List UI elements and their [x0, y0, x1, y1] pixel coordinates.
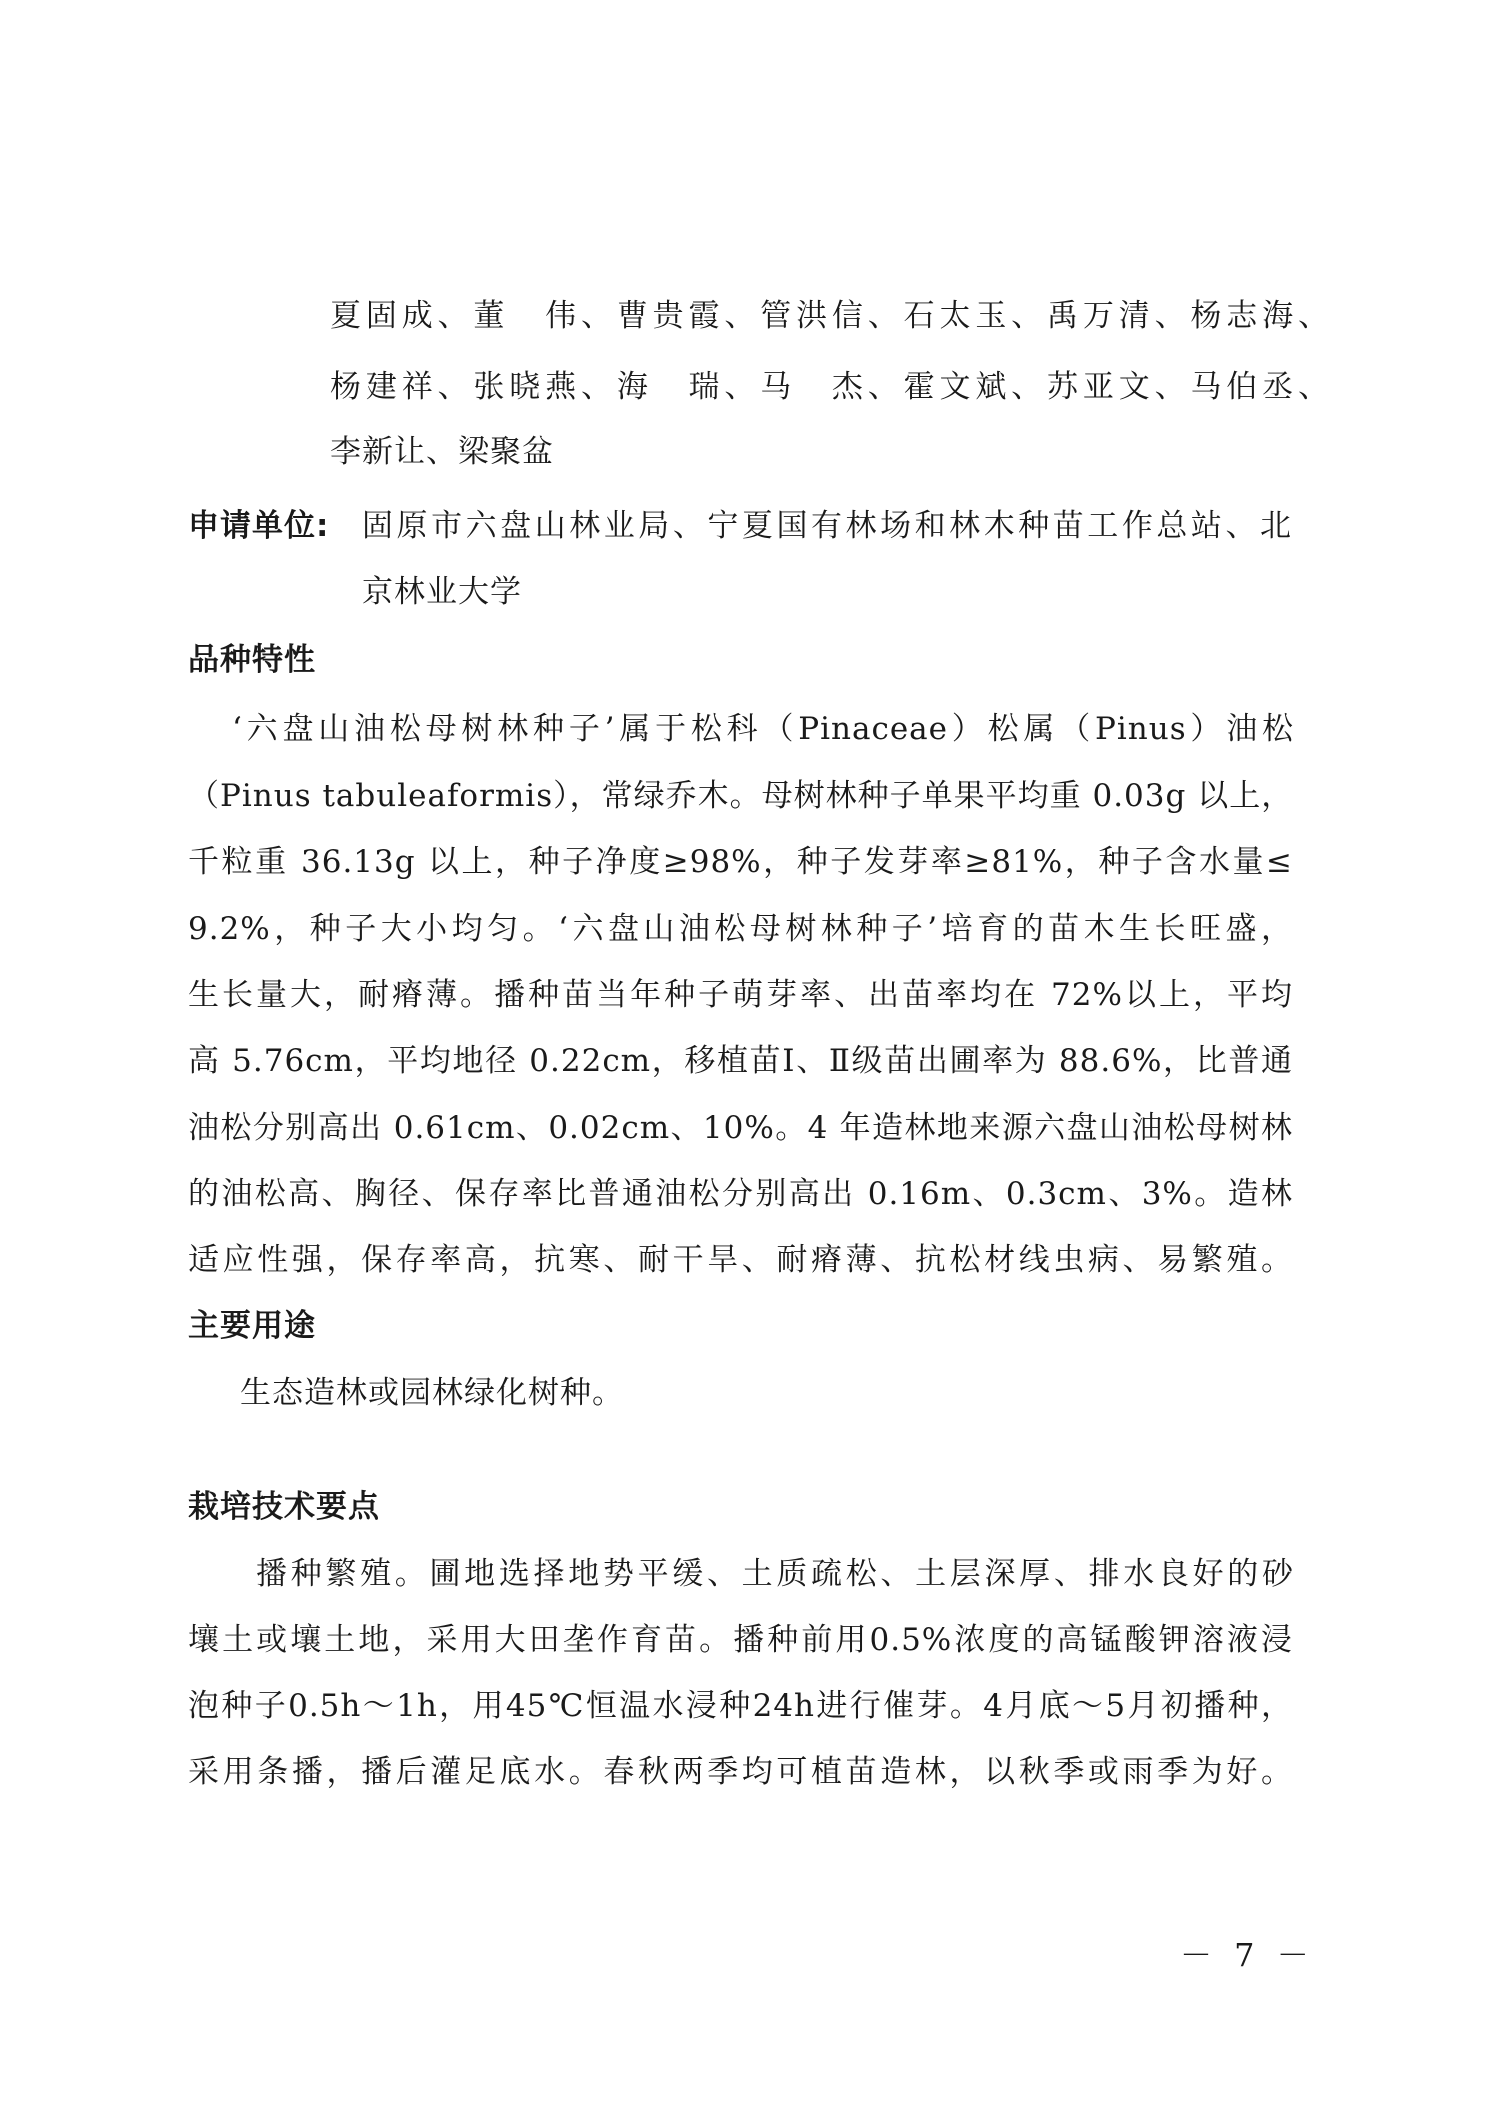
traits-line-9: 适应性强，保存率高，抗寒、耐干旱、耐瘠薄、抗松材线虫病、易繁殖。 — [188, 1240, 1293, 1280]
contributors-line-2: 杨建祥、张晓燕、海 瑞、马 杰、霍文斌、苏亚文、马伯丞、 — [330, 367, 1330, 407]
applicant-line-1: 固原市六盘山林业局、宁夏国有林场和林木种苗工作总站、北 — [362, 506, 1292, 546]
contributors-line-1: 夏固成、董 伟、曹贵霞、管洪信、石太玉、禹万清、杨志海、 — [330, 296, 1330, 336]
traits-line-5: 生长量大，耐瘠薄。播种苗当年种子萌芽率、出苗率均在 72%以上，平均 — [188, 975, 1293, 1015]
traits-line-6: 高 5.76cm，平均地径 0.22cm，移植苗Ⅰ、Ⅱ级苗出圃率为 88.6%，… — [188, 1041, 1293, 1081]
page-number: － 7 － — [1180, 1930, 1315, 1976]
section-heading-traits: 品种特性 — [188, 640, 316, 680]
contributors-line-3: 李新让、梁聚盆 — [330, 432, 554, 472]
traits-line-4: 9.2%，种子大小均匀。‘六盘山油松母树林种子’培育的苗木生长旺盛， — [188, 909, 1293, 949]
uses-text: 生态造林或园林绿化树种。 — [240, 1373, 624, 1413]
cultivation-line-3: 泡种子0.5h～1h，用45℃恒温水浸种24h进行催芽。4月底～5月初播种， — [188, 1686, 1293, 1726]
traits-line-8: 的油松高、胸径、保存率比普通油松分别高出 0.16m、0.3cm、3%。造林 — [188, 1174, 1293, 1214]
cultivation-line-1: 播种繁殖。圃地选择地势平缓、土质疏松、土层深厚、排水良好的砂 — [256, 1554, 1294, 1594]
applicant-line-2: 京林业大学 — [362, 572, 522, 612]
cultivation-line-2: 壤土或壤土地，采用大田垄作育苗。播种前用0.5%浓度的高锰酸钾溶液浸 — [188, 1620, 1293, 1660]
traits-line-2: （Pinus tabuleaformis），常绿乔木。母树林种子单果平均重 0.… — [188, 776, 1293, 816]
section-heading-uses: 主要用途 — [188, 1306, 316, 1346]
cultivation-line-4: 采用条播，播后灌足底水。春秋两季均可植苗造林，以秋季或雨季为好。 — [188, 1752, 1293, 1792]
traits-line-1: ‘六盘山油松母树林种子’属于松科（Pinaceae）松属（Pinus）油松 — [232, 709, 1294, 749]
section-heading-cultivation: 栽培技术要点 — [188, 1487, 380, 1527]
traits-line-3: 千粒重 36.13g 以上，种子净度≥98%，种子发芽率≥81%，种子含水量≤ — [188, 842, 1293, 882]
applicant-label: 申请单位: — [188, 506, 329, 546]
traits-line-7: 油松分别高出 0.61cm、0.02cm、10%。4 年造林地来源六盘山油松母树… — [188, 1108, 1293, 1148]
document-page: 夏固成、董 伟、曹贵霞、管洪信、石太玉、禹万清、杨志海、 杨建祥、张晓燕、海 瑞… — [0, 0, 1487, 2102]
